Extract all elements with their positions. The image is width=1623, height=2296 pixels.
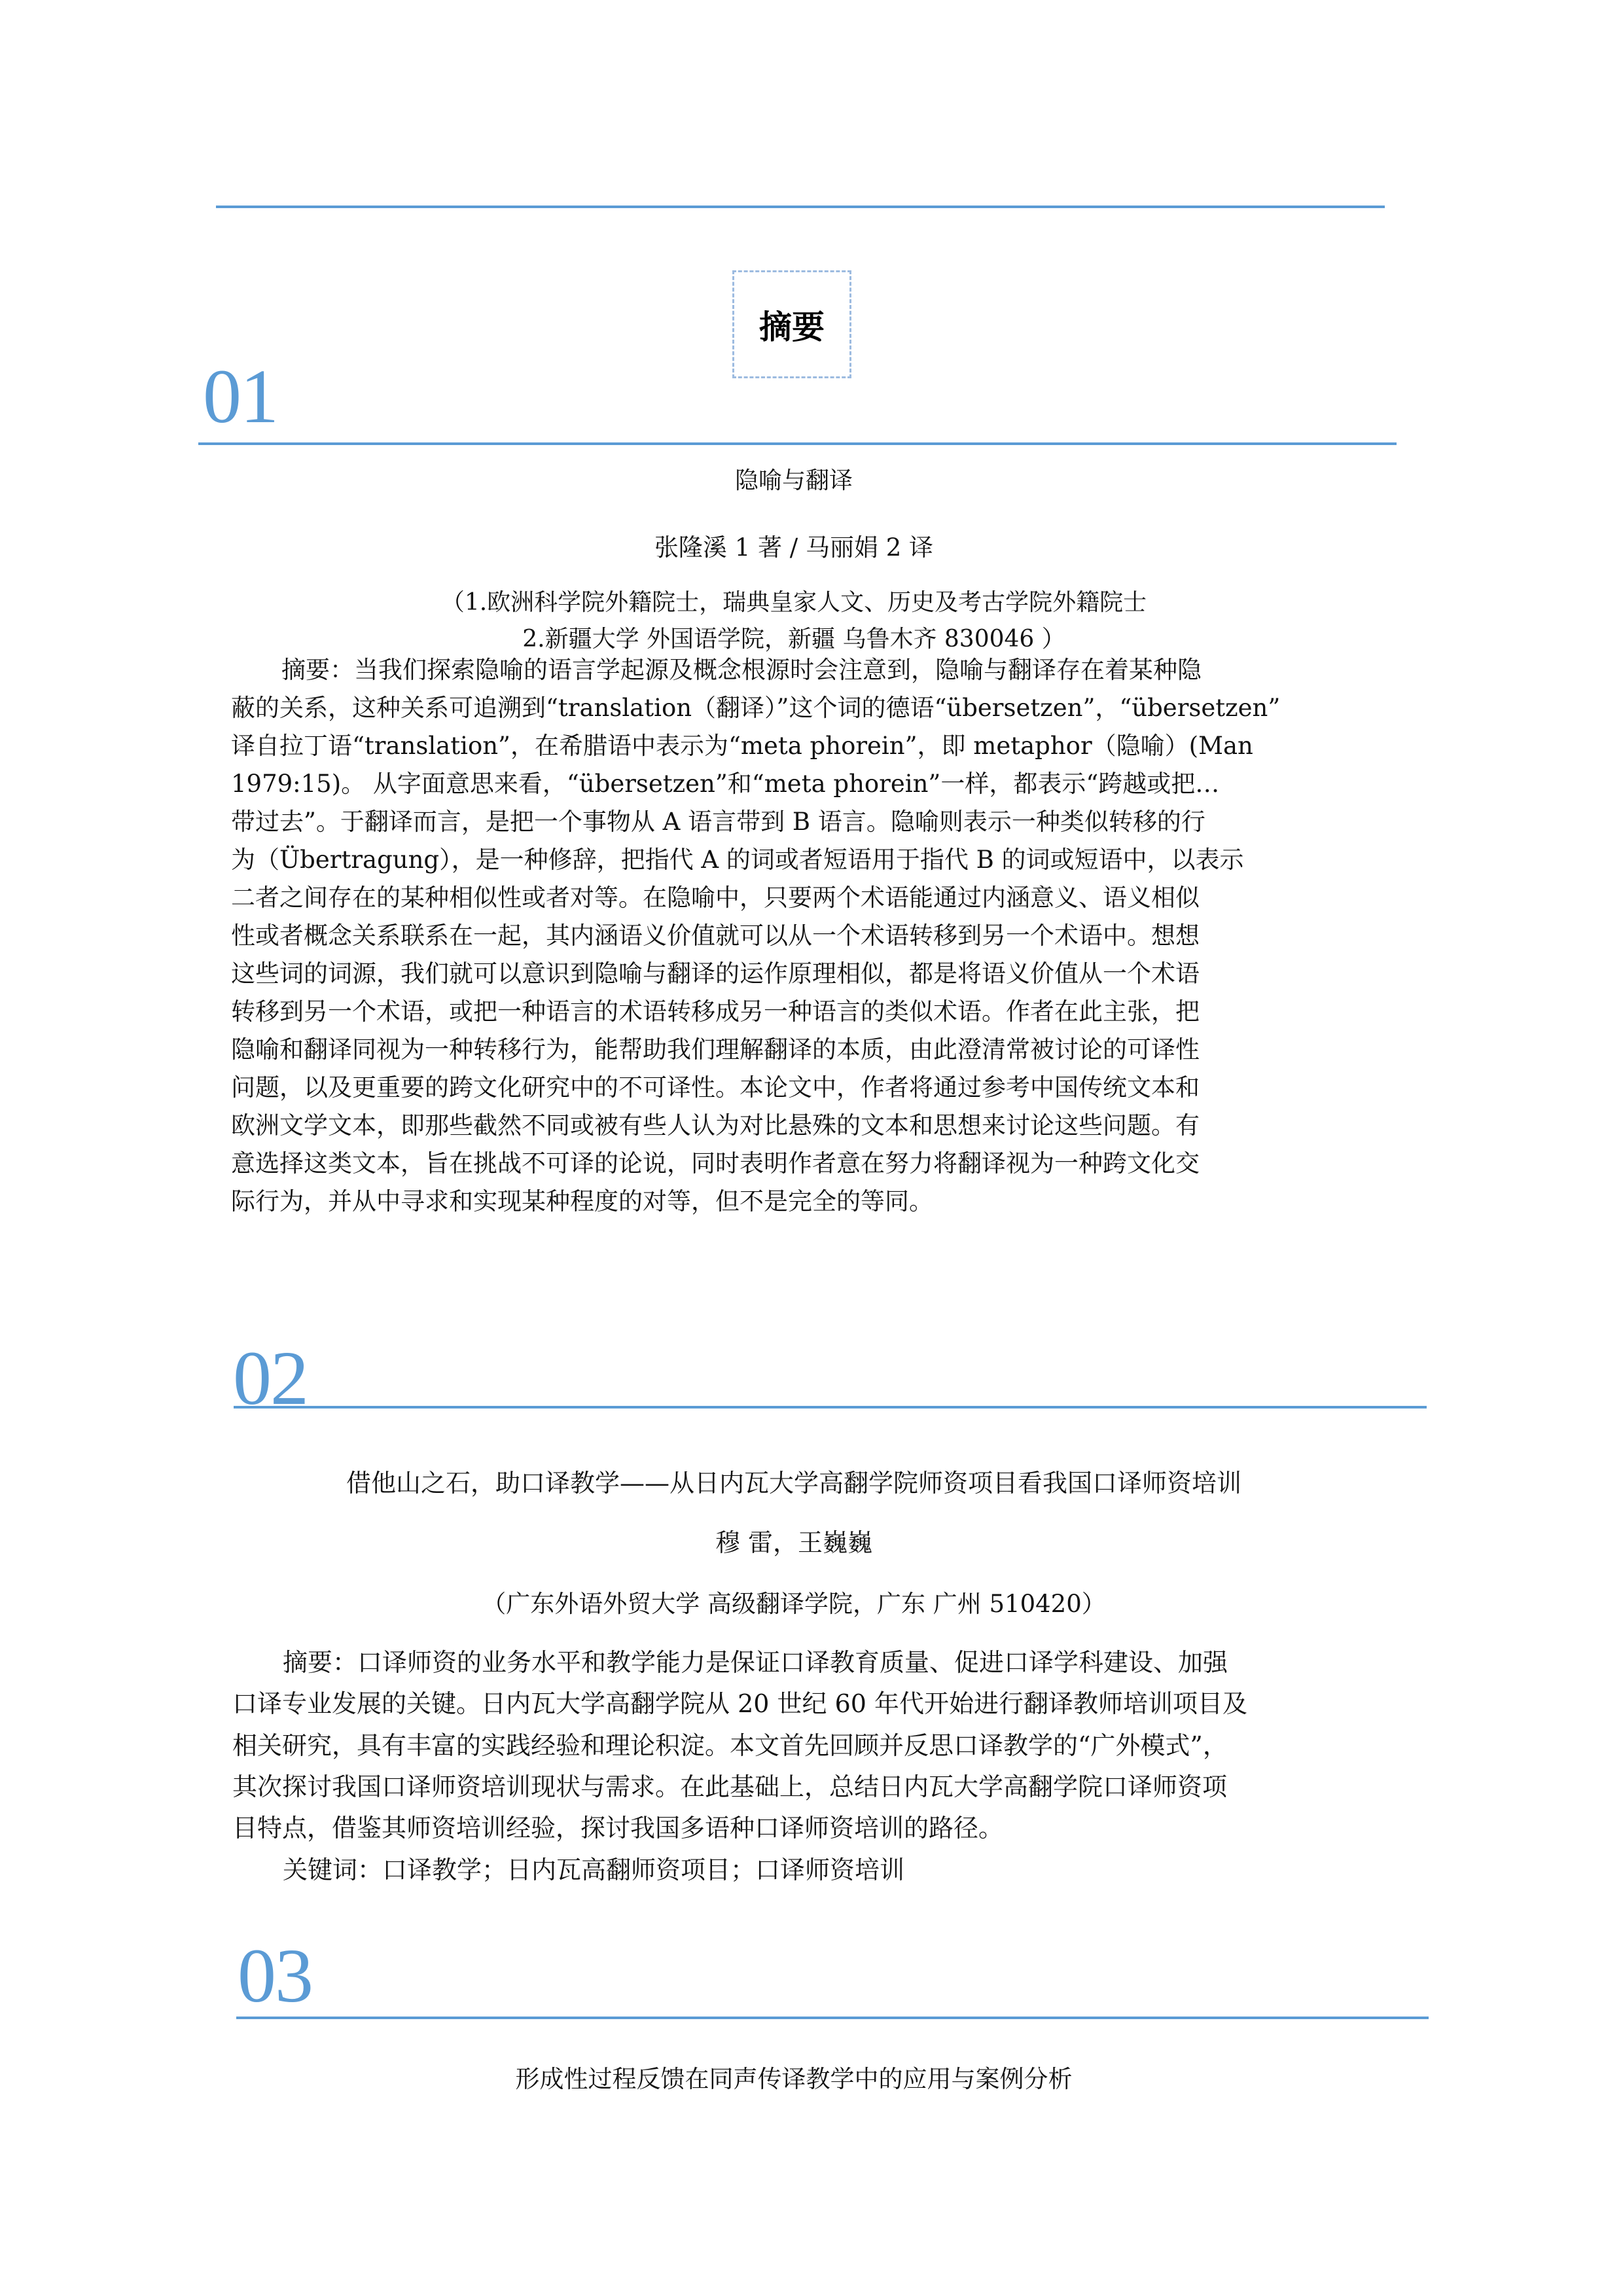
abstract-heading-box: 摘要 [732, 270, 851, 378]
abstract-2-line: 其次探讨我国口译师资培训现状与需求。在此基础上，总结日内瓦大学高翻学院口译师资项 [232, 1772, 1227, 1802]
abstract-heading: 摘要 [759, 301, 825, 348]
abstract-1-line: 性或者概念关系联系在一起，其内涵语义价值就可以从一个术语转移到另一个术语中。想想 [231, 921, 1200, 951]
abstract-1-line: 欧洲文学文本，即那些截然不同或被有些人认为对比悬殊的文本和思想来讨论这些问题。有 [231, 1111, 1200, 1141]
section-number-01: 01 [203, 358, 277, 435]
abstract-1-line: 隐喻和翻译同视为一种转移行为，能帮助我们理解翻译的本质，由此澄清常被讨论的可译性 [231, 1035, 1200, 1065]
abstract-1-line: 1979:15)。 从字面意思来看，“übersetzen”和“meta pho… [231, 769, 1219, 799]
abstract-1-line: 问题，以及更重要的跨文化研究中的不可译性。本论文中，作者将通过参考中国传统文本和 [231, 1073, 1200, 1103]
section-02-divider [234, 1406, 1427, 1408]
article-affiliation-2: （广东外语外贸大学 高级翻译学院，广东 广州 510420） [0, 1584, 1588, 1619]
article-affiliation-1b: 2.新疆大学 外国语学院，新疆 乌鲁木齐 830046 ） [0, 620, 1588, 654]
article-authors-2: 穆 雷，王巍巍 [0, 1522, 1588, 1558]
article-title-2: 借他山之石，助口译教学——从日内瓦大学高翻学院师资项目看我国口译师资培训 [0, 1463, 1588, 1499]
abstract-1-line: 转移到另一个术语，或把一种语言的术语转移成另一种语言的类似术语。作者在此主张，把 [231, 997, 1200, 1027]
abstract-1-line: 这些词的词源，我们就可以意识到隐喻与翻译的运作原理相似，都是将语义价值从一个术语 [231, 959, 1200, 989]
abstract-1-line: 际行为，并从中寻求和实现某种程度的对等，但不是完全的等同。 [231, 1187, 933, 1217]
article-affiliation-1a: （1.欧洲科学院外籍院士，瑞典皇家人文、历史及考古学院外籍院士 [0, 584, 1588, 617]
abstract-2-line: 相关研究，具有丰富的实践经验和理论积淀。本文首先回顾并反思口译教学的“广外模式”… [232, 1731, 1228, 1761]
abstract-1-line: 意选择这类文本，旨在挑战不可译的论说，同时表明作者意在努力将翻译视为一种跨文化交 [231, 1149, 1200, 1179]
abstract-2-line: 目特点，借鉴其师资培训经验，探讨我国多语种口译师资培训的路径。 [232, 1813, 1003, 1843]
article-keywords-2: 关键词：口译教学；日内瓦高翻师资项目；口译师资培训 [283, 1855, 904, 1885]
section-number-03: 03 [238, 1937, 312, 2015]
abstract-1-line: 蔽的关系，这种关系可追溯到“translation（翻译）”这个词的德语“übe… [231, 693, 1280, 723]
section-03-divider [236, 2017, 1429, 2019]
abstract-1-line: 摘要：当我们探索隐喻的语言学起源及概念根源时会注意到，隐喻与翻译存在着某种隐 [281, 655, 1202, 685]
abstract-1-line: 带过去”。于翻译而言，是把一个事物从 A 语言带到 B 语言。隐喻则表示一种类似… [231, 807, 1205, 837]
article-title-3: 形成性过程反馈在同声传译教学中的应用与案例分析 [0, 2059, 1588, 2094]
abstract-2-line: 摘要：口译师资的业务水平和教学能力是保证口译教育质量、促进口译学科建设、加强 [283, 1647, 1228, 1677]
abstract-1-line: 二者之间存在的某种相似性或者对等。在隐喻中，只要两个术语能通过内涵意义、语义相似 [231, 883, 1200, 913]
abstract-1-line: 为（Übertragung），是一种修辞，把指代 A 的词或者短语用于指代 B … [231, 845, 1244, 875]
article-title-1: 隐喻与翻译 [0, 462, 1588, 495]
section-01-divider [198, 442, 1397, 445]
article-authors-1: 张隆溪 1 著 / 马丽娟 2 译 [0, 528, 1588, 563]
abstract-2-line: 口译专业发展的关键。日内瓦大学高翻学院从 20 世纪 60 年代开始进行翻译教师… [232, 1689, 1247, 1719]
top-divider [216, 206, 1385, 208]
abstract-1-line: 译自拉丁语“translation”，在希腊语中表示为“meta phorein… [231, 731, 1253, 761]
